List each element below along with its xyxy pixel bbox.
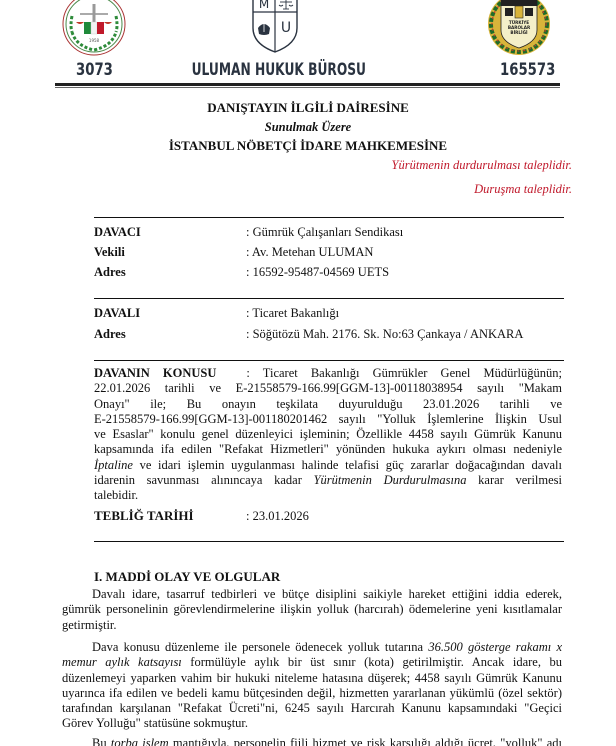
firm-logo: M U <box>250 0 300 56</box>
defendant-value: : Ticaret Bakanlığı <box>246 306 339 321</box>
case-subject-line: ve Esaslar" konulu genel düzenleyici işl… <box>94 427 562 442</box>
svg-text:M: M <box>259 0 269 11</box>
right-badge-number: 165573 <box>500 60 555 80</box>
case-subject: DAVANIN KONUSU: Ticaret Bakanlığı Gümrük… <box>94 366 562 504</box>
paragraph-line: Bu torba işlem mantığıyla, personelin fi… <box>62 736 562 746</box>
firm-name: ULUMAN HUKUK BÜROSU <box>192 60 365 80</box>
attorney-value: : Av. Metehan ULUMAN <box>246 245 373 260</box>
svg-text:1958: 1958 <box>89 38 100 43</box>
case-subject-line: İptaline ve idari işlemin uygulanması ha… <box>94 458 562 473</box>
plaintiff-value: : Gümrük Çalışanları Sendikası <box>246 225 403 240</box>
paragraph-line: Davalı idare, tasarruf tedbirleri ve büt… <box>62 587 562 602</box>
addressee-submission-note: Sunulmak Üzere <box>0 120 616 135</box>
plaintiff-address-label: Adres <box>94 265 126 280</box>
section-heading: I. MADDİ OLAY VE OLGULAR <box>94 569 280 585</box>
defendant-address-value: : Söğütözü Mah. 2176. Sk. No:63 Çankaya … <box>246 327 523 342</box>
separator-rule <box>94 217 564 218</box>
paragraph-line: getirmiştir. <box>62 618 562 633</box>
stay-of-execution-request: Yürütmenin durdurulması taleplidir. <box>392 158 572 173</box>
bar-association-emblem-icon: 1958 <box>62 0 126 56</box>
paragraph-line: düzenlemeyi yaparken vahim bir hukuki ni… <box>62 671 562 686</box>
defendant-address-label: Adres <box>94 327 126 342</box>
paragraph-line: Dava konusu düzenleme ile personele öden… <box>62 640 562 655</box>
addressee-court-istanbul: İSTANBUL NÖBETÇİ İDARE MAHKEMESİNE <box>0 138 616 154</box>
notification-date-value: : 23.01.2026 <box>246 509 309 524</box>
paragraph-line: Görev Yolluğu" statüsüne sokmuştur. <box>62 716 562 731</box>
defendant-label: DAVALI <box>94 306 140 321</box>
left-bar-badge: 1958 <box>62 0 126 56</box>
attorney-label: Vekili <box>94 245 125 260</box>
paragraph-line: uyarınca ifa edilen ve bedeli kamu bütçe… <box>62 686 562 701</box>
section-paragraph-3: Bu torba işlem mantığıyla, personelin fi… <box>62 736 562 746</box>
case-subject-line: talebidir. <box>94 488 562 503</box>
paragraph-line: tarafından karşılanan "Refakat Ücreti"ni… <box>62 701 562 716</box>
section-paragraph-2: Dava konusu düzenleme ile personele öden… <box>62 640 562 732</box>
plaintiff-label: DAVACI <box>94 225 141 240</box>
letterhead-rule-thin <box>55 87 560 88</box>
separator-rule <box>94 541 564 542</box>
case-subject-line-1: DAVANIN KONUSU: Ticaret Bakanlığı Gümrük… <box>94 366 562 381</box>
addressee-court: DANIŞTAYIN İLGİLİ DAİRESİNE <box>0 100 616 116</box>
separator-rule <box>94 360 564 361</box>
case-subject-label: DAVANIN KONUSU <box>94 366 216 380</box>
case-subject-line: idarenin savunması alınıncaya kadar Yürü… <box>94 473 562 488</box>
svg-text:BİRLİĞİ: BİRLİĞİ <box>510 30 528 35</box>
right-bar-badge: TÜRKİYE BAROLAR BİRLİĞİ <box>487 0 551 56</box>
case-subject-line: 22.01.2026 tarihli ve E-21558579-166.99[… <box>94 381 562 396</box>
left-badge-number: 3073 <box>76 60 113 80</box>
plaintiff-address-value: : 16592-95487-04569 UETS <box>246 265 389 280</box>
case-subject-line: kapsamında ifa edilen "Refakat Hizmetler… <box>94 442 562 457</box>
paragraph-line: gümrük personelinin görevlendirmelerine … <box>62 602 562 617</box>
separator-rule <box>94 298 564 299</box>
firm-shield-icon: M U <box>250 0 300 56</box>
svg-text:U: U <box>281 20 291 36</box>
notification-date-label: TEBLİĞ TARİHİ <box>94 508 194 524</box>
section-paragraph-1: Davalı idare, tasarruf tedbirleri ve büt… <box>62 587 562 633</box>
hearing-request: Duruşma taleplidir. <box>474 182 572 197</box>
letterhead-rule <box>55 83 560 86</box>
case-subject-line: Onayı" ile; Bu onayın teşkilata duyuruld… <box>94 397 562 412</box>
paragraph-line: memur aylık katsayısı formülüyle aylık b… <box>62 655 562 670</box>
turkish-bar-union-emblem-icon: TÜRKİYE BAROLAR BİRLİĞİ <box>487 0 551 56</box>
case-subject-line: E-21558579-166.99[GGM-13]-001180201462 s… <box>94 412 562 427</box>
